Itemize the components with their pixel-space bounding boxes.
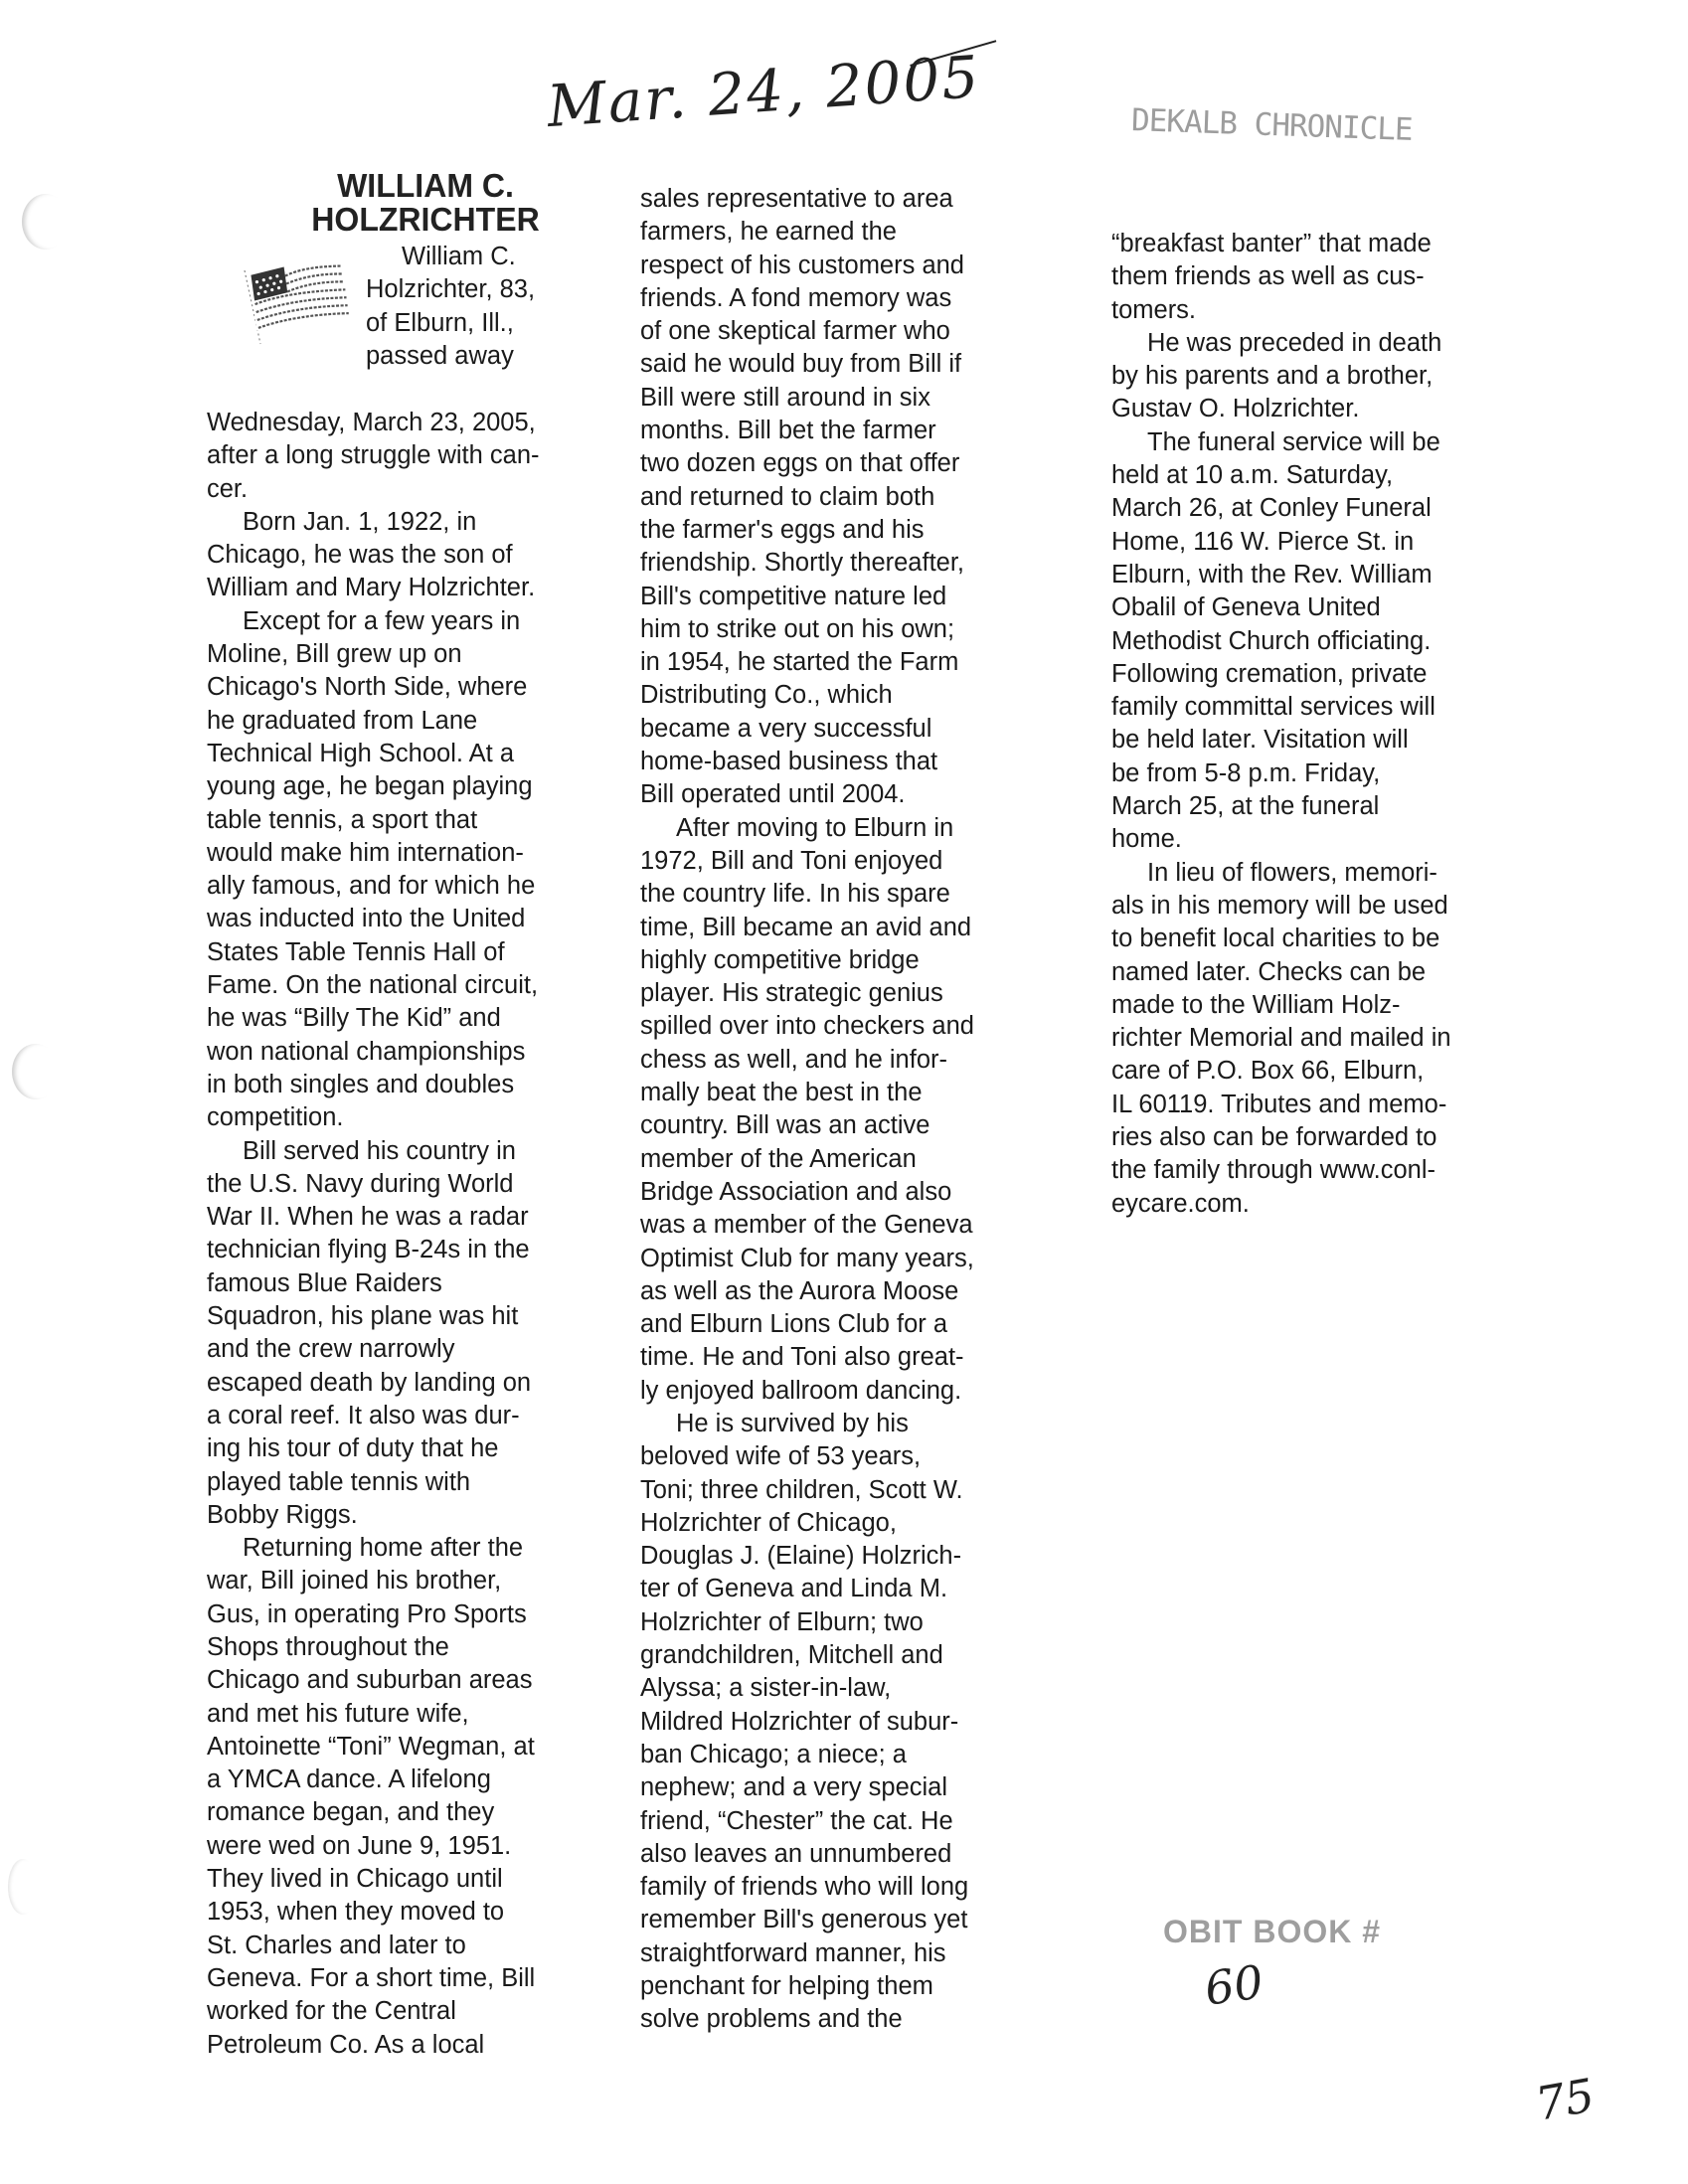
text-line: and returned to claim both <box>640 481 1038 514</box>
text-line: and Elburn Lions Club for a <box>640 1308 1038 1341</box>
text-line: They lived in Chicago until <box>207 1863 604 1896</box>
text-line: was inducted into the United <box>207 903 604 935</box>
paragraph-start-line: He is survived by his <box>640 1408 1038 1440</box>
text-line: two dozen eggs on that offer <box>640 447 1038 480</box>
text-line: would make him internation- <box>207 837 604 870</box>
text-line: Chicago, he was the son of <box>207 539 604 572</box>
text-line: Elburn, with the Rev. William <box>1111 559 1509 591</box>
text-line: ly enjoyed ballroom dancing. <box>640 1375 1038 1408</box>
text-line: in both singles and doubles <box>207 1069 604 1101</box>
text-line: tomers. <box>1111 294 1509 327</box>
text-line: Methodist Church officiating. <box>1111 625 1509 658</box>
text-line: and the crew narrowly <box>207 1333 604 1366</box>
text-line: grandchildren, Mitchell and <box>640 1639 1038 1672</box>
paragraph-start-line: Except for a few years in <box>207 605 604 638</box>
obit-book-stamp: OBIT BOOK # <box>1163 1914 1381 1950</box>
text-line: home. <box>1111 823 1509 856</box>
text-line: Douglas J. (Elaine) Holzrich- <box>640 1540 1038 1573</box>
text-line: held at 10 a.m. Saturday, <box>1111 459 1509 492</box>
text-line: him to strike out on his own; <box>640 613 1038 646</box>
text-line: worked for the Central <box>207 1995 604 2028</box>
text-line: Chicago's North Side, where <box>207 671 604 704</box>
text-line: remember Bill's generous yet <box>640 1904 1038 1936</box>
text-line: highly competitive bridge <box>640 944 1038 977</box>
text-line: Gus, in operating Pro Sports <box>207 1598 604 1631</box>
text-line: chess as well, and he infor- <box>640 1044 1038 1077</box>
text-line: eycare.com. <box>1111 1188 1509 1221</box>
paragraph-start-line: Returning home after the <box>207 1532 604 1565</box>
text-line: William and Mary Holzrichter. <box>207 572 604 604</box>
text-line: Mildred Holzrichter of subur- <box>640 1706 1038 1739</box>
text-line: be from 5-8 p.m. Friday, <box>1111 757 1509 790</box>
text-line: Antoinette “Toni” Wegman, at <box>207 1731 604 1764</box>
text-line: passed away <box>366 340 535 373</box>
obituary-column-1: WILLIAM C. HOLZRICHTER <box>207 169 604 2062</box>
handwritten-date: Mar. 24, 2005 <box>545 43 982 140</box>
text-line: became a very successful <box>640 713 1038 746</box>
text-line: home-based business that <box>640 746 1038 778</box>
title-line-1: WILLIAM C. <box>252 169 598 203</box>
text-line: Bobby Riggs. <box>207 1499 604 1532</box>
text-line: months. Bill bet the farmer <box>640 415 1038 447</box>
text-line: Obalil of Geneva United <box>1111 591 1509 624</box>
text-line: IL 60119. Tributes and memo- <box>1111 1089 1509 1121</box>
text-line: of Elburn, Ill., <box>366 307 535 340</box>
text-line: a YMCA dance. A lifelong <box>207 1764 604 1796</box>
text-line: Toni; three children, Scott W. <box>640 1474 1038 1507</box>
text-line: care of P.O. Box 66, Elburn, <box>1111 1055 1509 1088</box>
text-line: William C. <box>366 241 535 273</box>
text-line: St. Charles and later to <box>207 1930 604 1962</box>
text-line: time. He and Toni also great- <box>640 1341 1038 1374</box>
text-line: friends. A fond memory was <box>640 282 1038 315</box>
text-line: Home, 116 W. Pierce St. in <box>1111 526 1509 559</box>
text-line: technician flying B-24s in the <box>207 1234 604 1266</box>
text-line: was a member of the Geneva <box>640 1209 1038 1242</box>
text-line: Wednesday, March 23, 2005, <box>207 407 604 439</box>
text-line: Technical High School. At a <box>207 738 604 770</box>
text-line: table tennis, a sport that <box>207 804 604 837</box>
text-line: Holzrichter of Elburn; two <box>640 1606 1038 1639</box>
text-line: also leaves an unnumbered <box>640 1838 1038 1871</box>
text-line: family of friends who will long <box>640 1871 1038 1904</box>
hole-punch <box>12 1044 60 1099</box>
obituary-column-3: “breakfast banter” that madethem friends… <box>1111 228 1509 1221</box>
obit-book-number: 60 <box>1202 1954 1266 2016</box>
column-1-body: Wednesday, March 23, 2005,after a long s… <box>207 407 604 2062</box>
text-line: to benefit local charities to be <box>1111 923 1509 955</box>
text-line: Squadron, his plane was hit <box>207 1300 604 1333</box>
paragraph-start-line: Bill served his country in <box>207 1135 604 1168</box>
text-line: family committal services will <box>1111 691 1509 724</box>
text-line: Alyssa; a sister-in-law, <box>640 1672 1038 1705</box>
text-line: by his parents and a brother, <box>1111 360 1509 393</box>
text-line: Holzrichter, 83, <box>366 273 535 306</box>
text-line: Optimist Club for many years, <box>640 1243 1038 1275</box>
text-line: richter Memorial and mailed in <box>1111 1022 1509 1055</box>
text-line: Bridge Association and also <box>640 1176 1038 1209</box>
paragraph-start-line: Born Jan. 1, 1922, in <box>207 506 604 539</box>
text-line: Geneva. For a short time, Bill <box>207 1962 604 1995</box>
text-line: Petroleum Co. As a local <box>207 2029 604 2062</box>
source-stamp: DEKALB CHRONICLE <box>1130 102 1413 148</box>
obituary-title: WILLIAM C. HOLZRICHTER <box>252 169 598 237</box>
text-line: ally famous, and for which he <box>207 870 604 903</box>
text-line: spilled over into checkers and <box>640 1010 1038 1043</box>
text-line: after a long struggle with can- <box>207 439 604 472</box>
text-line: ries also can be forwarded to <box>1111 1121 1509 1154</box>
text-line: the farmer's eggs and his <box>640 514 1038 547</box>
text-line: said he would buy from Bill if <box>640 348 1038 381</box>
paragraph-start-line: In lieu of flowers, memori- <box>1111 857 1509 890</box>
text-line: he was “Billy The Kid” and <box>207 1002 604 1035</box>
paragraph-start-line: The funeral service will be <box>1111 426 1509 459</box>
obituary-column-2: sales representative to areafarmers, he … <box>640 183 1038 2037</box>
text-line: he graduated from Lane <box>207 705 604 738</box>
text-line: Distributing Co., which <box>640 679 1038 712</box>
page-number: 75 <box>1532 2068 1599 2130</box>
text-line: straightforward manner, his <box>640 1937 1038 1970</box>
flag-intro-block: William C. Holzrichter, 83, of Elburn, I… <box>207 241 604 407</box>
text-line: Chicago and suburban areas <box>207 1664 604 1697</box>
text-line: Bill operated until 2004. <box>640 778 1038 811</box>
text-line: famous Blue Raiders <box>207 1267 604 1300</box>
text-line: country. Bill was an active <box>640 1109 1038 1142</box>
text-line: played table tennis with <box>207 1466 604 1499</box>
text-line: ing his tour of duty that he <box>207 1432 604 1465</box>
title-line-2: HOLZRICHTER <box>252 203 598 237</box>
text-line: were wed on June 9, 1951. <box>207 1830 604 1863</box>
text-line: member of the American <box>640 1143 1038 1176</box>
text-line: March 26, at Conley Funeral <box>1111 492 1509 525</box>
text-line: them friends as well as cus- <box>1111 260 1509 293</box>
text-line: ban Chicago; a niece; a <box>640 1739 1038 1771</box>
column-3-body: “breakfast banter” that madethem friends… <box>1111 228 1509 1221</box>
paragraph-start-line: After moving to Elburn in <box>640 812 1038 845</box>
text-line: respect of his customers and <box>640 250 1038 282</box>
flag-wrapped-text: William C. Holzrichter, 83, of Elburn, I… <box>366 241 535 373</box>
text-line: penchant for helping them <box>640 1970 1038 2003</box>
text-line: be held later. Visitation will <box>1111 724 1509 756</box>
text-line: Holzrichter of Chicago, <box>640 1507 1038 1540</box>
hole-punch <box>22 194 70 250</box>
text-line: competition. <box>207 1101 604 1134</box>
text-line: beloved wife of 53 years, <box>640 1440 1038 1473</box>
text-line: time, Bill became an avid and <box>640 912 1038 944</box>
text-line: nephew; and a very special <box>640 1771 1038 1804</box>
text-line: Fame. On the national circuit, <box>207 969 604 1002</box>
american-flag-icon <box>239 252 353 347</box>
text-line: Gustav O. Holzrichter. <box>1111 393 1509 425</box>
text-line: “breakfast banter” that made <box>1111 228 1509 260</box>
text-line: Moline, Bill grew up on <box>207 638 604 671</box>
text-line: young age, he began playing <box>207 770 604 803</box>
text-line: the country life. In his spare <box>640 878 1038 911</box>
text-line: solve problems and the <box>640 2003 1038 2036</box>
text-line: romance began, and they <box>207 1796 604 1829</box>
text-line: a coral reef. It also was dur- <box>207 1400 604 1432</box>
text-line: player. His strategic genius <box>640 977 1038 1010</box>
text-line: Following cremation, private <box>1111 658 1509 691</box>
text-line: in 1954, he started the Farm <box>640 646 1038 679</box>
text-line: named later. Checks can be <box>1111 956 1509 989</box>
text-line: won national championships <box>207 1036 604 1069</box>
text-line: 1972, Bill and Toni enjoyed <box>640 845 1038 878</box>
text-line: Bill were still around in six <box>640 382 1038 415</box>
text-line: farmers, he earned the <box>640 216 1038 249</box>
text-line: the U.S. Navy during World <box>207 1168 604 1201</box>
text-line: mally beat the best in the <box>640 1077 1038 1109</box>
text-line: 1953, when they moved to <box>207 1896 604 1929</box>
text-line: made to the William Holz- <box>1111 989 1509 1022</box>
hole-punch <box>8 1859 38 1915</box>
column-2-body: sales representative to areafarmers, he … <box>640 183 1038 2037</box>
text-line: War II. When he was a radar <box>207 1201 604 1234</box>
text-line: friendship. Shortly thereafter, <box>640 547 1038 580</box>
text-line: and met his future wife, <box>207 1698 604 1731</box>
text-line: as well as the Aurora Moose <box>640 1275 1038 1308</box>
text-line: ter of Geneva and Linda M. <box>640 1573 1038 1605</box>
text-line: sales representative to area <box>640 183 1038 216</box>
text-line: friend, “Chester” the cat. He <box>640 1805 1038 1838</box>
text-line: March 25, at the funeral <box>1111 790 1509 823</box>
text-line: war, Bill joined his brother, <box>207 1565 604 1597</box>
text-line: als in his memory will be used <box>1111 890 1509 923</box>
text-line: the family through www.conl- <box>1111 1154 1509 1187</box>
text-line: cer. <box>207 473 604 506</box>
paragraph-start-line: He was preceded in death <box>1111 327 1509 360</box>
text-line: of one skeptical farmer who <box>640 315 1038 348</box>
text-line: escaped death by landing on <box>207 1367 604 1400</box>
text-line: Bill's competitive nature led <box>640 581 1038 613</box>
text-line: States Table Tennis Hall of <box>207 936 604 969</box>
text-line: Shops throughout the <box>207 1631 604 1664</box>
